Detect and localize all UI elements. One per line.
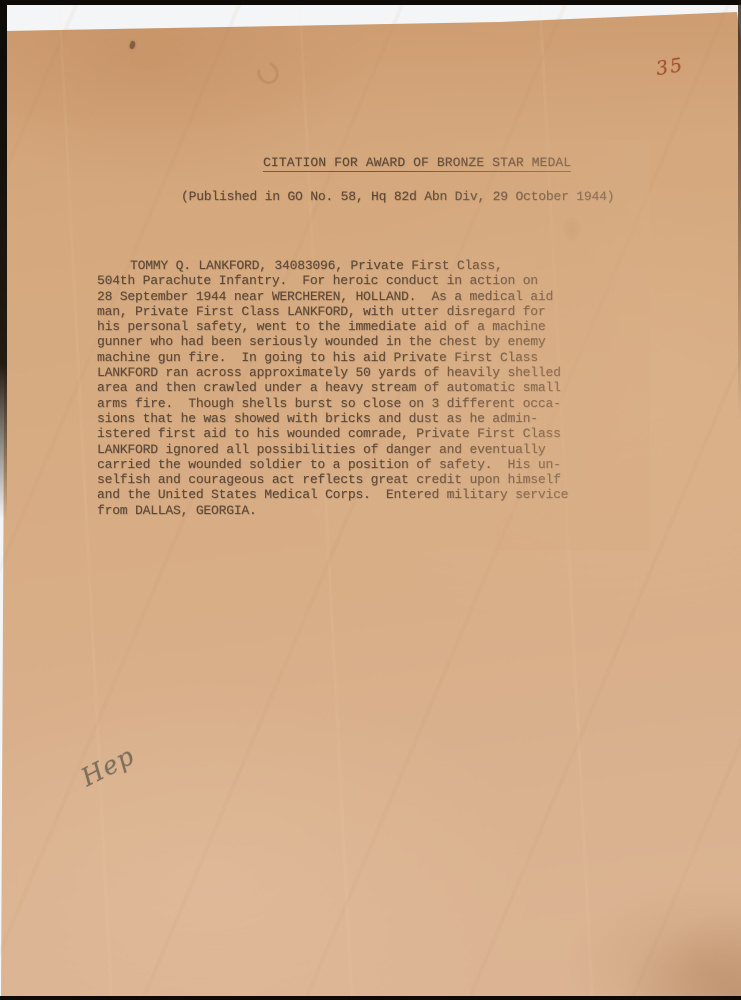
body-line: 28 September 1944 near WERCHEREN, HOLLAN… (97, 289, 597, 304)
citation-body: TOMMY Q. LANKFORD, 34083096, Private Fir… (97, 258, 597, 518)
smudge-mark (562, 215, 582, 243)
body-line: area and then crawled under a heavy stre… (97, 380, 597, 395)
body-line: his personal safety, went to the immedia… (97, 319, 597, 334)
body-line: carried the wounded soldier to a positio… (97, 457, 597, 472)
scan-edge-bottom (0, 996, 741, 1000)
body-line: LANKFORD ignored all possibilities of da… (97, 442, 597, 457)
body-line: arms fire. Though shells burst so close … (97, 396, 597, 411)
publication-line: (Published in GO No. 58, Hq 82d Abn Div,… (181, 189, 614, 204)
body-line: TOMMY Q. LANKFORD, 34083096, Private Fir… (97, 258, 597, 273)
body-line: 504th Parachute Infantry. For heroic con… (97, 273, 597, 288)
body-line: LANKFORD ran across approximately 50 yar… (97, 365, 597, 380)
body-line: and the United States Medical Corps. Ent… (97, 487, 597, 502)
body-line: from DALLAS, GEORGIA. (97, 503, 597, 518)
body-line: gunner who had been seriously wounded in… (97, 334, 597, 349)
body-line: istered first aid to his wounded comrade… (97, 426, 597, 441)
document-title: CITATION FOR AWARD OF BRONZE STAR MEDAL (263, 155, 571, 172)
body-line: man, Private First Class LANKFORD, with … (97, 304, 597, 319)
body-line: machine gun fire. In going to his aid Pr… (97, 350, 597, 365)
page-corner-shadow (621, 910, 741, 1000)
scanned-document-page: CITATION FOR AWARD OF BRONZE STAR MEDAL … (0, 0, 741, 1000)
handwritten-page-number: 35 (654, 54, 685, 80)
body-line: selfish and courageous act reflects grea… (97, 472, 597, 487)
body-line: sions that he was showed with bricks and… (97, 411, 597, 426)
scan-edge-top (0, 0, 741, 5)
scan-edge-left (0, 0, 7, 520)
